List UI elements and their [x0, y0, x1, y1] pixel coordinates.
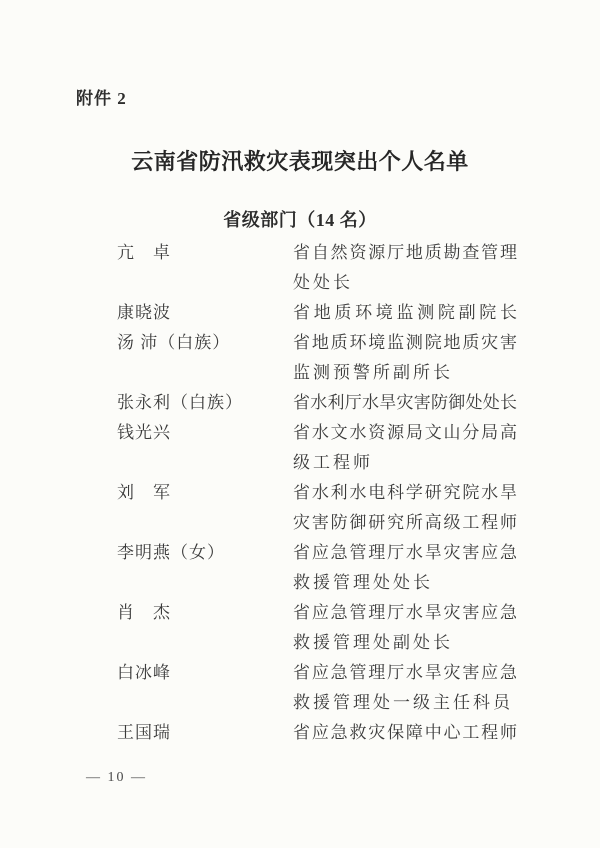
person-name: 刘 军: [117, 478, 293, 508]
position-line: 省水利水电科学研究院水旱: [293, 478, 517, 508]
person-position: 省应急救灾保障中心工程师: [293, 718, 517, 748]
list-item: 亢 卓省自然资源厅地质勘查管理处处长: [117, 238, 517, 298]
person-name: 亢 卓: [117, 238, 293, 268]
position-line: 灾害防御研究所高级工程师: [293, 508, 517, 538]
position-line: 处处长: [293, 268, 517, 298]
position-line: 省水利厅水旱灾害防御处处长: [293, 388, 517, 418]
position-line: 省地质环境监测院地质灾害: [293, 328, 517, 358]
position-line: 救援管理处一级主任科员: [293, 688, 517, 718]
position-line: 省应急管理厅水旱灾害应急: [293, 598, 517, 628]
position-line: 省应急管理厅水旱灾害应急: [293, 658, 517, 688]
person-name: 白冰峰: [117, 658, 293, 688]
position-line: 级工程师: [293, 448, 517, 478]
list-item: 李明燕（女）省应急管理厅水旱灾害应急救援管理处处长: [117, 538, 517, 598]
person-name: 康晓波: [117, 298, 293, 328]
person-position: 省水文水资源局文山分局高级工程师: [293, 418, 517, 478]
position-line: 省地质环境监测院副院长: [293, 298, 517, 328]
person-position: 省地质环境监测院副院长: [293, 298, 517, 328]
position-line: 省自然资源厅地质勘查管理: [293, 238, 517, 268]
attachment-label: 附件 2: [76, 84, 127, 109]
position-line: 省应急救灾保障中心工程师: [293, 718, 517, 748]
person-position: 省水利水电科学研究院水旱灾害防御研究所高级工程师: [293, 478, 517, 538]
position-line: 省应急管理厅水旱灾害应急: [293, 538, 517, 568]
list-item: 王国瑞省应急救灾保障中心工程师: [117, 718, 517, 748]
person-list: 亢 卓省自然资源厅地质勘查管理处处长康晓波省地质环境监测院副院长汤 沛（白族）省…: [117, 238, 517, 748]
list-item: 肖 杰省应急管理厅水旱灾害应急救援管理处副处长: [117, 598, 517, 658]
position-line: 省水文水资源局文山分局高: [293, 418, 517, 448]
person-name: 王国瑞: [117, 718, 293, 748]
person-position: 省自然资源厅地质勘查管理处处长: [293, 238, 517, 298]
person-name: 汤 沛（白族）: [117, 328, 293, 358]
document-page: 附件 2 云南省防汛救灾表现突出个人名单 省级部门（14 名） 亢 卓省自然资源…: [0, 0, 600, 848]
list-item: 张永利（白族）省水利厅水旱灾害防御处处长: [117, 388, 517, 418]
position-line: 救援管理处处长: [293, 568, 517, 598]
list-item: 刘 军省水利水电科学研究院水旱灾害防御研究所高级工程师: [117, 478, 517, 538]
person-name: 李明燕（女）: [117, 538, 293, 568]
page-number: — 10 —: [86, 770, 147, 786]
list-item: 白冰峰省应急管理厅水旱灾害应急救援管理处一级主任科员: [117, 658, 517, 718]
section-heading: 省级部门（14 名）: [0, 206, 600, 232]
person-position: 省地质环境监测院地质灾害监测预警所副所长: [293, 328, 517, 388]
person-name: 钱光兴: [117, 418, 293, 448]
list-item: 钱光兴省水文水资源局文山分局高级工程师: [117, 418, 517, 478]
person-position: 省应急管理厅水旱灾害应急救援管理处副处长: [293, 598, 517, 658]
list-item: 汤 沛（白族）省地质环境监测院地质灾害监测预警所副所长: [117, 328, 517, 388]
person-position: 省应急管理厅水旱灾害应急救援管理处处长: [293, 538, 517, 598]
position-line: 救援管理处副处长: [293, 628, 517, 658]
list-item: 康晓波省地质环境监测院副院长: [117, 298, 517, 328]
page-title: 云南省防汛救灾表现突出个人名单: [0, 145, 600, 176]
person-name: 张永利（白族）: [117, 388, 293, 418]
person-position: 省应急管理厅水旱灾害应急救援管理处一级主任科员: [293, 658, 517, 718]
person-position: 省水利厅水旱灾害防御处处长: [293, 388, 517, 418]
position-line: 监测预警所副所长: [293, 358, 517, 388]
person-name: 肖 杰: [117, 598, 293, 628]
